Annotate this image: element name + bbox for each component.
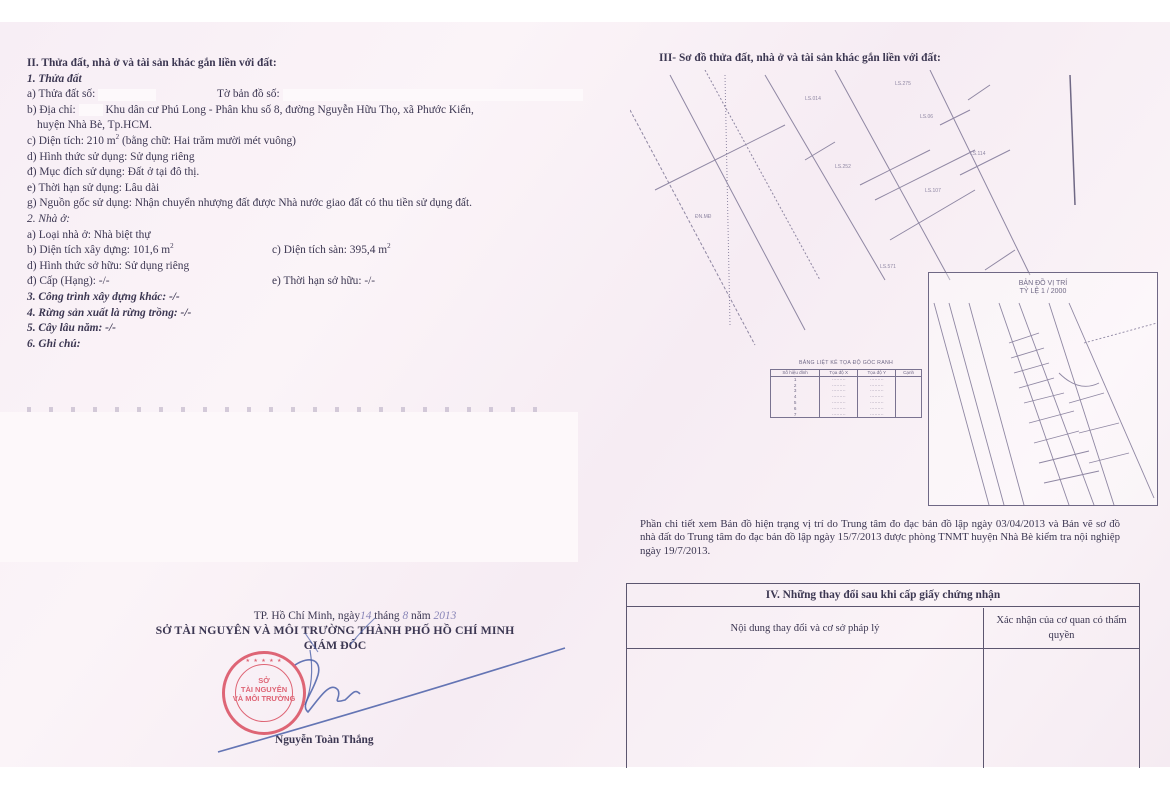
changes-after-issuance-table: IV. Những thay đổi sau khi cấp giấy chứn… <box>626 583 1140 768</box>
svg-text:LS.107: LS.107 <box>925 188 941 194</box>
house-grade-row: đ) Cấp (Hạng): -/- e) Thời hạn sở hữu: -… <box>27 274 567 290</box>
usage-origin: g) Nguồn gốc sử dụng: Nhận chuyển nhượng… <box>27 196 567 212</box>
address-row: b) Địa chỉ: Khu dân cư Phú Long - Phân k… <box>27 103 567 119</box>
house-type: a) Loại nhà ở: Nhà biệt thự <box>27 228 567 244</box>
official-stamp: ★ ★ ★ ★ ★ SỞ TÀI NGUYÊN VÀ MÔI TRƯỜNG <box>222 651 306 735</box>
signer-title: GIÁM ĐỐC <box>100 638 570 653</box>
usage-form: d) Hình thức sử dụng: Sử dụng riêng <box>27 150 567 166</box>
land-info-section: II. Thửa đất, nhà ở và tài sản khác gắn … <box>27 56 567 352</box>
land-heading: 1. Thửa đất <box>27 72 567 88</box>
svg-text:LS.06: LS.06 <box>920 114 933 120</box>
redacted-notes-area <box>0 412 578 562</box>
usage-term: e) Thời hạn sử dụng: Lâu dài <box>27 181 567 197</box>
redacted-map-sheet <box>283 89 583 101</box>
diagram-reference-note: Phần chi tiết xem Bản đồ hiện trạng vị t… <box>640 518 1120 558</box>
section-ii-title: II. Thửa đất, nhà ở và tài sản khác gắn … <box>27 56 567 72</box>
house-area-row: b) Diện tích xây dựng: 101,6 m2 c) Diện … <box>27 243 567 259</box>
column-authority-confirmation: Xác nhận của cơ quan có thẩm quyền <box>984 608 1139 649</box>
perennial-trees: 5. Cây lâu năm: -/- <box>27 321 567 337</box>
svg-text:LS.275: LS.275 <box>895 81 911 87</box>
house-ownership-form: d) Hình thức sở hữu: Sử dụng riêng <box>27 259 567 275</box>
svg-text:ĐN.MĐ: ĐN.MĐ <box>695 214 712 220</box>
other-construction: 3. Công trình xây dựng khác: -/- <box>27 290 567 306</box>
house-heading: 2. Nhà ở: <box>27 212 567 228</box>
usage-purpose: đ) Mục đích sử dụng: Đất ở tại đô thị. <box>27 165 567 181</box>
signer-name: Nguyễn Toàn Thắng <box>275 734 374 746</box>
parcel-number-row: a) Thửa đất số: Tờ bản đồ số: <box>27 87 567 103</box>
redacted-parcel-number <box>98 89 156 101</box>
table-row: 7·················· <box>771 412 922 418</box>
svg-text:LS.252: LS.252 <box>835 164 851 170</box>
issue-date: TP. Hồ Chí Minh, ngày14 tháng 8 năm 2013 <box>140 610 570 622</box>
svg-text:LS.014: LS.014 <box>805 96 821 102</box>
column-change-content: Nội dung thay đổi và cơ sở pháp lý <box>627 608 983 649</box>
svg-text:LS.571: LS.571 <box>880 264 896 270</box>
signature-block: TP. Hồ Chí Minh, ngày14 tháng 8 năm 2013… <box>100 610 570 653</box>
area-row: c) Diện tích: 210 m2 (bằng chữ: Hai trăm… <box>27 134 567 150</box>
address-row-2: huyện Nhà Bè, Tp.HCM. <box>27 118 567 134</box>
issuing-authority: SỞ TÀI NGUYÊN VÀ MÔI TRƯỜNG THÀNH PHỐ HỒ… <box>100 623 570 638</box>
section-iii-title: III- Sơ đồ thửa đất, nhà ở và tài sản kh… <box>659 52 941 64</box>
location-map: BẢN ĐỒ VỊ TRÍ TỶ LỆ 1 / 2000 <box>928 272 1158 506</box>
notes-heading: 6. Ghi chú: <box>27 337 567 353</box>
boundary-coordinates-table: BẢNG LIỆT KÊ TỌA ĐỘ GÓC RANH Số hiệu đỉn… <box>770 360 922 418</box>
production-forest: 4. Rừng sản xuất là rừng trồng: -/- <box>27 306 567 322</box>
changes-table-title: IV. Những thay đổi sau khi cấp giấy chứn… <box>627 584 1139 607</box>
location-map-drawing <box>929 273 1157 505</box>
svg-text:LS.114: LS.114 <box>970 151 986 157</box>
